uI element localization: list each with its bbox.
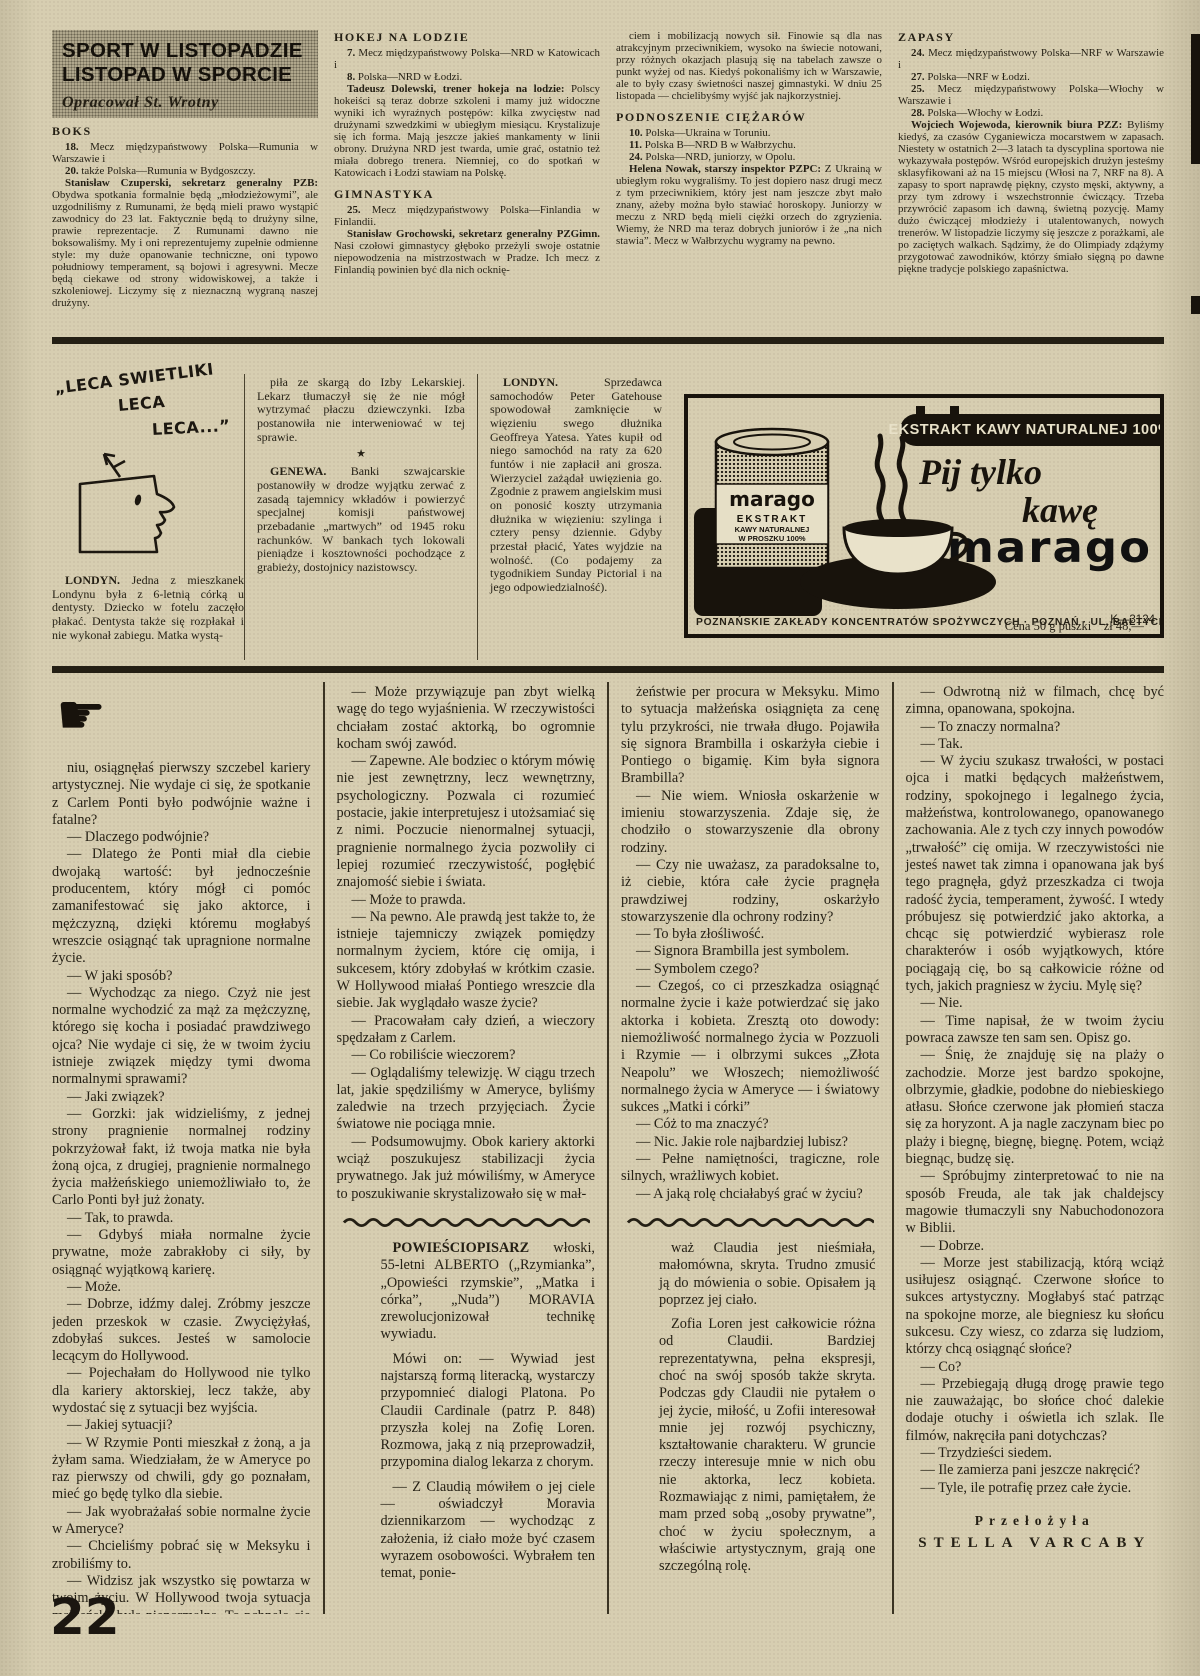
coffee-can-and-cup-illustration: marago EKSTRAKT KAWY NATURALNEJ W PROSZK… bbox=[692, 422, 1004, 624]
paragraph: — Nic. Jakie role najbardziej lubisz? bbox=[621, 1134, 880, 1151]
paragraph-list: GENEWA. Banki szwajcarskie postanowiły w… bbox=[257, 465, 465, 574]
paragraph: — Nie. bbox=[906, 995, 1165, 1012]
paragraph: — Cóż to ma znaczyć? bbox=[621, 1116, 880, 1133]
sport-header-box: SPORT W LISTOPADZIE LISTOPAD W SPORCIE O… bbox=[52, 30, 318, 118]
can-label-line1: EKSTRAKT bbox=[737, 514, 807, 525]
page-edge-mark bbox=[1191, 296, 1200, 314]
paragraph-lead: Helena Nowak, starszy inspektor PZPC: bbox=[629, 163, 821, 175]
paragraph-text: — Pełne namiętności, tragiczne, role sil… bbox=[621, 1151, 880, 1184]
paragraph: Helena Nowak, starszy inspektor PZPC: Z … bbox=[616, 163, 882, 247]
can-label-line2: KAWY NATURALNEJ bbox=[735, 525, 810, 534]
star-separator-icon: ★ bbox=[257, 449, 465, 460]
paragraph-text: — Co robiliście wieczorem? bbox=[352, 1047, 516, 1063]
paragraph-text: Polska—Włochy w Łodzi. bbox=[925, 107, 1044, 119]
paragraph-text: — Podsumowujmy. Obok kariery aktorki wci… bbox=[337, 1134, 596, 1202]
paragraph: LONDYN. Jedna z mieszkanek Londynu była … bbox=[52, 574, 244, 642]
paragraph-text: Sprzedawca samochodów Peter Gatehouse sp… bbox=[490, 375, 662, 594]
cartoon-caption-line: LECA...” bbox=[152, 417, 231, 439]
head-outline bbox=[80, 476, 174, 552]
paragraph: — Pojechałam do Hollywood nie tylko dla … bbox=[52, 1365, 311, 1417]
paragraph-text: — Gorzki: jak widzieliśmy, z jednej stro… bbox=[52, 1106, 311, 1208]
section-heading: ZAPASY bbox=[898, 31, 1164, 44]
paragraph: Wojciech Wojewoda, kierownik biura PZZ: … bbox=[898, 119, 1164, 275]
paragraph: Tadeusz Dolewski, trener hokeja na lodzi… bbox=[334, 83, 600, 179]
cartoon: „LECA SWIETLIKILECALECA...” bbox=[52, 368, 244, 566]
paragraph-text: — Na pewno. Ale prawdą jest także to, że… bbox=[337, 909, 596, 1011]
paragraph-text: Mówi on: — Wywiad jest najstarszą formą … bbox=[381, 1351, 596, 1471]
paragraph-lead: 27. bbox=[911, 71, 925, 83]
wavy-divider bbox=[626, 1218, 874, 1227]
paragraph-lead: 7. bbox=[347, 47, 355, 59]
paragraph: — Śnię, że znajduję się na plaży o zacho… bbox=[906, 1047, 1165, 1168]
paragraph: — Morze jest stabilizacją, którą wciąż u… bbox=[906, 1255, 1165, 1359]
square-head-cartoon-drawing bbox=[62, 440, 220, 562]
paragraph: — Dlaczego podwójnie? bbox=[52, 829, 311, 846]
paragraph: — Nie wiem. Wniosła oskarżenie w imieniu… bbox=[621, 788, 880, 857]
paragraph-list: 24. Mecz międzypaństwowy Polska—NRF w Wa… bbox=[898, 47, 1164, 275]
paragraph: — W Rzymie Ponti mieszkał z żoną, a ja ż… bbox=[52, 1435, 311, 1504]
paragraph: — Czy nie uważasz, za paradoksalne to, i… bbox=[621, 857, 880, 926]
sport-title-line1: SPORT W LISTOPADZIE bbox=[62, 39, 310, 63]
paragraph-text: Polscy hokeiści są teraz dobrze szkoleni… bbox=[334, 83, 600, 179]
paragraph-text: — Jaki związek? bbox=[67, 1089, 165, 1105]
paragraph-text: Mecz międzypaństwowy Polska—NRD w Katowi… bbox=[334, 47, 600, 71]
paragraph: — Może. bbox=[52, 1279, 311, 1296]
can-lid bbox=[716, 429, 828, 455]
section-heading: HOKEJ NA LODZIE bbox=[334, 31, 600, 44]
paragraph: — Podsumowujmy. Obok kariery aktorki wci… bbox=[337, 1134, 596, 1203]
paragraph-text: ciem i mobilizacją nowych sił. Finowie s… bbox=[616, 30, 882, 102]
paragraph: żeństwie per procura w Meksyku. Mimo to … bbox=[621, 684, 880, 788]
interview-column-4: — Odwrotną niż w filmach, chcę być zimna… bbox=[892, 682, 1165, 1614]
paragraph-list: niu, osiągnęłaś pierwszy szczebel karier… bbox=[52, 760, 311, 1614]
interview-column-2: — Może przywiązuje pan zbyt wielką wagę … bbox=[323, 682, 608, 1614]
paragraph-text: Polska—NRD w Łodzi. bbox=[355, 71, 462, 83]
paragraph-text: — Może to prawda. bbox=[352, 892, 466, 908]
paragraph-text: — Pracowałam cały dzień, a wieczory spęd… bbox=[337, 1013, 596, 1046]
article-block: ciem i mobilizacją nowych sił. Finowie s… bbox=[616, 30, 882, 102]
paragraph: — Pełne namiętności, tragiczne, role sil… bbox=[621, 1151, 880, 1186]
pointing-hand-icon: ☛ bbox=[56, 688, 311, 744]
paragraph-text: — Z Claudią mówiłem o jej ciele — oświad… bbox=[381, 1479, 596, 1581]
paragraph: — Z Claudią mówiłem o jej ciele — oświad… bbox=[381, 1479, 596, 1583]
horizontal-rule bbox=[52, 337, 1164, 344]
sport-calendar-section: SPORT W LISTOPADZIE LISTOPAD W SPORCIE O… bbox=[52, 30, 1164, 334]
paragraph: — Oglądaliśmy telewizję. W ciągu trzech … bbox=[337, 1065, 596, 1134]
interview-section: ☛ niu, osiągnęłaś pierwszy szczebel kari… bbox=[52, 682, 1164, 1614]
paragraph-text: — Tyle, ile potrafię przez całe życie. bbox=[921, 1480, 1132, 1496]
paragraph: ciem i mobilizacją nowych sił. Finowie s… bbox=[616, 30, 882, 102]
paragraph: — To znaczy normalna? bbox=[906, 719, 1165, 736]
article-blocks: ciem i mobilizacją nowych sił. Finowie s… bbox=[616, 30, 882, 247]
paragraph-text: niu, osiągnęłaś pierwszy szczebel karier… bbox=[52, 760, 311, 828]
paragraph-text: — Przebiegają długą drogę prawie tego ni… bbox=[906, 1376, 1165, 1444]
paragraph-text: — Trzydzieści siedem. bbox=[921, 1445, 1052, 1461]
paragraph-text: piła ze skargą do Izby Lekarskiej. Lekar… bbox=[257, 375, 465, 444]
paragraph-lead: 25. bbox=[347, 204, 361, 216]
paragraph-text: — Gdybyś miała normalne życie prywatne, … bbox=[52, 1227, 311, 1278]
steam-line bbox=[877, 436, 883, 520]
paragraph-text: — Odwrotną niż w filmach, chcę być zimna… bbox=[906, 684, 1165, 717]
paragraph: — Spróbujmy zinterpretować to nie na spo… bbox=[906, 1168, 1165, 1237]
paragraph-text: — Tak. bbox=[921, 736, 963, 752]
paragraph: GENEWA. Banki szwajcarskie postanowiły w… bbox=[257, 465, 465, 574]
paragraph-text: Mecz międzypaństwowy Polska—Finlandia w … bbox=[334, 204, 600, 228]
paragraph: 24. Polska—NRD, juniorzy, w Opolu. bbox=[616, 151, 882, 163]
paragraph-text: — Czegoś, co ci przeszkadza osiągnąć nor… bbox=[621, 978, 880, 1115]
paragraph: 20. także Polska—Rumunia w Bydgoszczy. bbox=[52, 165, 318, 177]
paragraph: — Dobrze, idźmy dalej. Zróbmy jeszcze je… bbox=[52, 1296, 311, 1365]
paragraph: — Dobrze. bbox=[906, 1238, 1165, 1255]
paragraph: 25. Mecz międzypaństwowy Polska—Włochy w… bbox=[898, 83, 1164, 107]
paragraph-lead: 11. bbox=[629, 139, 642, 151]
paragraph: 10. Polska—Ukraina w Toruniu. bbox=[616, 127, 882, 139]
paragraph: — Zapewne. Ale bodziec o którym mówię ni… bbox=[337, 753, 596, 891]
paragraph-text: — Jakiej sytuacji? bbox=[67, 1417, 173, 1433]
paragraph: — Trzydzieści siedem. bbox=[906, 1445, 1165, 1462]
paragraph: POWIEŚCIOPISARZ włoski, 55-letni ALBERTO… bbox=[381, 1240, 596, 1344]
marago-coffee-ad: EKSTRAKT KAWY NATURALNEJ 100% Pij tylko … bbox=[684, 394, 1164, 638]
paragraph-text: — Może przywiązuje pan zbyt wielką wagę … bbox=[337, 684, 596, 752]
paragraph-text: — Co? bbox=[921, 1359, 962, 1375]
paragraph: 8. Polska—NRD w Łodzi. bbox=[334, 71, 600, 83]
paragraph-list: żeństwie per procura w Meksyku. Mimo to … bbox=[621, 684, 880, 1203]
paragraph-text: Obydwa spotkania formalnie będą „młodzie… bbox=[52, 189, 318, 309]
paragraph-text: — A jaką rolę chciałabyś grać w życiu? bbox=[636, 1186, 863, 1202]
paragraph-text: — Ile zamierza pani jeszcze nakręcić? bbox=[921, 1462, 1140, 1478]
paragraph: 24. Mecz międzypaństwowy Polska—NRF w Wa… bbox=[898, 47, 1164, 71]
paragraph-text: — Dobrze, idźmy dalej. Zróbmy jeszcze je… bbox=[52, 1296, 311, 1364]
paragraph-list: ciem i mobilizacją nowych sił. Finowie s… bbox=[616, 30, 882, 102]
paragraph-lead: 18. bbox=[65, 141, 79, 153]
paragraph: waż Claudia jest nieśmiała, małomówna, s… bbox=[659, 1240, 876, 1309]
paragraph-text: — Time napisał, że w twoim życiu powraca… bbox=[906, 1013, 1165, 1046]
paragraph: — Pracowałam cały dzień, a wieczory spęd… bbox=[337, 1013, 596, 1048]
article-block: ZAPASY 24. Mecz międzypaństwowy Polska—N… bbox=[898, 31, 1164, 275]
paragraph-text: Polska—NRF w Łodzi. bbox=[925, 71, 1030, 83]
can-label-line3: W PROSZKU 100% bbox=[738, 534, 805, 543]
paragraph-text: Mecz międzypaństwowy Polska—Rumunia w Wa… bbox=[52, 141, 318, 165]
paragraph: — Dlatego że Ponti miał dla ciebie dwoja… bbox=[52, 846, 311, 967]
paragraph: — W życiu szukasz trwałości, w postaci o… bbox=[906, 753, 1165, 995]
paragraph: 27. Polska—NRF w Łodzi. bbox=[898, 71, 1164, 83]
steam-line bbox=[899, 438, 905, 520]
sport-title-line2: LISTOPAD W SPORCIE bbox=[62, 63, 310, 87]
article-block: HOKEJ NA LODZIE 7. Mecz międzypaństwowy … bbox=[334, 31, 600, 179]
top-column-2: HOKEJ NA LODZIE 7. Mecz międzypaństwowy … bbox=[334, 30, 600, 334]
paragraph-list: — Odwrotną niż w filmach, chcę być zimna… bbox=[906, 684, 1165, 1497]
page-edge-mark bbox=[1191, 34, 1200, 164]
paragraph: Stanisław Grochowski, sekretarz generaln… bbox=[334, 228, 600, 276]
paragraph: — Jakiej sytuacji? bbox=[52, 1417, 311, 1434]
paragraph-text: Nasi czołowi gimnastycy głęboko przeżyli… bbox=[334, 240, 600, 276]
paragraph-text: — Jak wyobrażałaś sobie normalne życie w… bbox=[52, 1504, 311, 1537]
paragraph: — Gdybyś miała normalne życie prywatne, … bbox=[52, 1227, 311, 1279]
translator-name: STELLA VARCABY bbox=[906, 1534, 1165, 1552]
article-block: PODNOSZENIE CIĘŻARÓW 10. Polska—Ukraina … bbox=[616, 111, 882, 247]
paragraph-lead: 20. bbox=[65, 165, 79, 177]
paragraph-text: — Wychodząc za niego. Czyż nie jest norm… bbox=[52, 985, 311, 1087]
paragraph: — Czegoś, co ci przeszkadza osiągnąć nor… bbox=[621, 978, 880, 1116]
paragraph-lead: 24. bbox=[629, 151, 643, 163]
paragraph: — Co robiliście wieczorem? bbox=[337, 1047, 596, 1064]
moravia-sidebar: POWIEŚCIOPISARZ włoski, 55-letni ALBERTO… bbox=[381, 1240, 596, 1583]
paragraph-text: — Signora Brambilla jest symbolem. bbox=[636, 943, 849, 959]
paragraph-list: 10. Polska—Ukraina w Toruniu.11. Polska … bbox=[616, 127, 882, 247]
paragraph-lead: 25. bbox=[911, 83, 925, 95]
paragraph-text: — Chcieliśmy pobrać się w Meksyku i zrob… bbox=[52, 1538, 311, 1571]
top-column-1: SPORT W LISTOPADZIE LISTOPAD W SPORCIE O… bbox=[52, 30, 318, 334]
coffee-can: marago EKSTRAKT KAWY NATURALNEJ W PROSZK… bbox=[716, 429, 828, 568]
paragraph-text: Mecz międzypaństwowy Polska—Włochy w War… bbox=[898, 83, 1164, 107]
paragraph: LONDYN. Sprzedawca samochodów Peter Gate… bbox=[490, 376, 662, 595]
paragraph-text: także Polska—Rumunia w Bydgoszczy. bbox=[79, 165, 256, 177]
paragraph-text: — Tak, to prawda. bbox=[67, 1210, 173, 1226]
paragraph: — Jaki związek? bbox=[52, 1089, 311, 1106]
paragraph: Stanisław Czuperski, sekretarz generalny… bbox=[52, 177, 318, 309]
article-block: GIMNASTYKA 25. Mecz międzypaństwowy Pols… bbox=[334, 188, 600, 276]
paragraph: niu, osiągnęłaś pierwszy szczebel karier… bbox=[52, 760, 311, 829]
paragraph: — Przebiegają długą drogę prawie tego ni… bbox=[906, 1376, 1165, 1445]
paragraph-text: — W życiu szukasz trwałości, w postaci o… bbox=[906, 753, 1165, 994]
paragraph: — Signora Brambilla jest symbolem. bbox=[621, 943, 880, 960]
paragraph-text: Z Ukrainą w ubiegłym roku wygraliśmy. To… bbox=[616, 163, 882, 247]
top-column-3: ciem i mobilizacją nowych sił. Finowie s… bbox=[616, 30, 882, 334]
paragraph: — Może przywiązuje pan zbyt wielką wagę … bbox=[337, 684, 596, 753]
page-number: 22 bbox=[50, 1592, 120, 1642]
paragraph: — Wychodząc za niego. Czyż nie jest norm… bbox=[52, 985, 311, 1089]
paragraph-text: Banki szwajcarskie postanowiły w drodze … bbox=[257, 464, 465, 574]
news-shorts-column-1: piła ze skargą do Izby Lekarskiej. Lekar… bbox=[245, 348, 477, 660]
paragraph-list: — Może przywiązuje pan zbyt wielką wagę … bbox=[337, 684, 596, 1203]
paragraph-lead: LONDYN. bbox=[503, 375, 558, 389]
paragraph-lead: POWIEŚCIOPISARZ bbox=[393, 1240, 530, 1256]
sport-byline: Opracował St. Wrotny bbox=[62, 94, 310, 112]
paragraph-text: — Może. bbox=[67, 1279, 121, 1295]
paragraph-text: Byliśmy kiedyś, za czasów Cyganiewicza m… bbox=[898, 119, 1164, 275]
paragraph-text: — Zapewne. Ale bodziec o którym mówię ni… bbox=[337, 753, 596, 890]
paragraph-list: LONDYN. Sprzedawca samochodów Peter Gate… bbox=[490, 376, 662, 595]
paragraph: — Time napisał, że w twoim życiu powraca… bbox=[906, 1013, 1165, 1048]
moravia-sidebar-continued: waż Claudia jest nieśmiała, małomówna, s… bbox=[659, 1240, 876, 1576]
middle-section: „LECA SWIETLIKILECALECA...” LONDYN. Jedn… bbox=[52, 348, 1164, 660]
paragraph-list: waż Claudia jest nieśmiała, małomówna, s… bbox=[659, 1240, 876, 1576]
translator-label: Przełożyła bbox=[906, 1513, 1165, 1529]
paragraph: 25. Mecz międzypaństwowy Polska—Finlandi… bbox=[334, 204, 600, 228]
paragraph: — Ile zamierza pani jeszcze nakręcić? bbox=[906, 1462, 1165, 1479]
paragraph-lead: LONDYN. bbox=[65, 573, 120, 587]
news-shorts-column-2: LONDYN. Sprzedawca samochodów Peter Gate… bbox=[478, 348, 674, 660]
section-heading: BOKS bbox=[52, 125, 318, 138]
paragraph-lead: 10. bbox=[629, 127, 643, 139]
paragraph-text: waż Claudia jest nieśmiała, małomówna, s… bbox=[659, 1240, 876, 1308]
section-heading: GIMNASTYKA bbox=[334, 188, 600, 201]
article-blocks: BOKS 18. Mecz międzypaństwowy Polska—Rum… bbox=[52, 125, 318, 309]
paragraph-lead: GENEWA. bbox=[270, 464, 326, 478]
paragraph-lead: Stanisław Grochowski, sekretarz generaln… bbox=[347, 228, 600, 240]
paragraph-text: — Dlatego że Ponti miał dla ciebie dwoja… bbox=[52, 846, 311, 966]
paragraph-lead: 8. bbox=[347, 71, 355, 83]
cartoon-caption-line: LECA bbox=[117, 393, 166, 415]
coffee-cup bbox=[800, 436, 996, 609]
article-blocks: HOKEJ NA LODZIE 7. Mecz międzypaństwowy … bbox=[334, 31, 600, 276]
coffee-surface bbox=[844, 519, 952, 537]
paragraph: Mówi on: — Wywiad jest najstarszą formą … bbox=[381, 1351, 596, 1472]
paragraph-text: Zofia Loren jest całkowicie różna od Cla… bbox=[659, 1316, 876, 1574]
paragraph-text: — Śnię, że znajduję się na plaży o zacho… bbox=[906, 1047, 1165, 1167]
paragraph-text: Mecz międzypaństwowy Polska—NRF w Warsza… bbox=[898, 47, 1164, 71]
paragraph-list: piła ze skargą do Izby Lekarskiej. Lekar… bbox=[257, 376, 465, 444]
cartoon-caption-line: „LECA SWIETLIKI bbox=[53, 360, 214, 398]
paragraph: — Gorzki: jak widzieliśmy, z jednej stro… bbox=[52, 1106, 311, 1210]
top-column-4: ZAPASY 24. Mecz międzypaństwowy Polska—N… bbox=[898, 30, 1164, 334]
paragraph-text: — Oglądaliśmy telewizję. W ciągu trzech … bbox=[337, 1065, 596, 1133]
paragraph-text: Polska B—NRD B w Wałbrzychu. bbox=[642, 139, 796, 151]
paragraph-list: 25. Mecz międzypaństwowy Polska—Finlandi… bbox=[334, 204, 600, 276]
wavy-divider bbox=[342, 1218, 590, 1227]
paragraph: piła ze skargą do Izby Lekarskiej. Lekar… bbox=[257, 376, 465, 444]
interview-column-3: żeństwie per procura w Meksyku. Mimo to … bbox=[607, 682, 892, 1614]
paragraph-text: — Symbolem czego? bbox=[636, 961, 759, 977]
paragraph-lead: Tadeusz Dolewski, trener hokeja na lodzi… bbox=[347, 83, 565, 95]
paragraph: — Odwrotną niż w filmach, chcę być zimna… bbox=[906, 684, 1165, 719]
paragraph: — A jaką rolę chciałabyś grać w życiu? bbox=[621, 1186, 880, 1203]
article-block: BOKS 18. Mecz międzypaństwowy Polska—Rum… bbox=[52, 125, 318, 309]
paragraph: 28. Polska—Włochy w Łodzi. bbox=[898, 107, 1164, 119]
paragraph: Zofia Loren jest całkowicie różna od Cla… bbox=[659, 1316, 876, 1575]
paragraph-list: POWIEŚCIOPISARZ włoski, 55-letni ALBERTO… bbox=[381, 1240, 596, 1583]
paragraph-text: — Dlaczego podwójnie? bbox=[67, 829, 209, 845]
paragraph-list: 7. Mecz międzypaństwowy Polska—NRD w Kat… bbox=[334, 47, 600, 179]
paragraph-text: — Morze jest stabilizacją, którą wciąż u… bbox=[906, 1255, 1165, 1357]
paragraph-lead: Wojciech Wojewoda, kierownik biura PZZ: bbox=[911, 119, 1122, 131]
paragraph-list: LONDYN. Jedna z mieszkanek Londynu była … bbox=[52, 574, 244, 642]
paragraph: — To była złośliwość. bbox=[621, 926, 880, 943]
paragraph: — W jaki sposób? bbox=[52, 968, 311, 985]
paragraph-text: — W Rzymie Ponti mieszkał z żoną, a ja ż… bbox=[52, 1435, 311, 1503]
paragraph: — Symbolem czego? bbox=[621, 961, 880, 978]
paragraph-lead: Stanisław Czuperski, sekretarz generalny… bbox=[65, 177, 318, 189]
paragraph-text: — Pojechałam do Hollywood nie tylko dla … bbox=[52, 1365, 311, 1416]
paragraph: 7. Mecz międzypaństwowy Polska—NRD w Kat… bbox=[334, 47, 600, 71]
paragraph: 11. Polska B—NRD B w Wałbrzychu. bbox=[616, 139, 882, 151]
ad-code: K—3124 bbox=[1110, 614, 1155, 627]
section-heading: PODNOSZENIE CIĘŻARÓW bbox=[616, 111, 882, 124]
paragraph: — Jak wyobrażałaś sobie normalne życie w… bbox=[52, 1504, 311, 1539]
paragraph-text: — To znaczy normalna? bbox=[921, 719, 1061, 735]
paragraph-text: — Nie wiem. Wniosła oskarżenie w imieniu… bbox=[621, 788, 880, 856]
paragraph-text: żeństwie per procura w Meksyku. Mimo to … bbox=[621, 684, 880, 786]
ad-prices: Cena 50 g puszki zł 48,— Cena 7,5 g tore… bbox=[1005, 579, 1144, 638]
paragraph: 18. Mecz międzypaństwowy Polska—Rumunia … bbox=[52, 141, 318, 165]
newspaper-page: SPORT W LISTOPADZIE LISTOPAD W SPORCIE O… bbox=[0, 0, 1200, 1676]
paragraph-text: — Nic. Jakie role najbardziej lubisz? bbox=[636, 1134, 848, 1150]
paragraph-lead: 28. bbox=[911, 107, 925, 119]
arrow-fin bbox=[114, 461, 125, 467]
horizontal-rule bbox=[52, 666, 1164, 673]
interview-column-1: ☛ niu, osiągnęłaś pierwszy szczebel kari… bbox=[52, 682, 323, 1614]
can-brand: marago bbox=[729, 487, 815, 511]
paragraph-text: — Cóż to ma znaczyć? bbox=[636, 1116, 769, 1132]
paragraph: — Na pewno. Ale prawdą jest także to, że… bbox=[337, 909, 596, 1013]
eye bbox=[134, 494, 142, 506]
paragraph: — Co? bbox=[906, 1359, 1165, 1376]
coffee-ad-column: EKSTRAKT KAWY NATURALNEJ 100% Pij tylko … bbox=[674, 348, 1164, 660]
paragraph-text: — Spróbujmy zinterpretować to nie na spo… bbox=[906, 1168, 1165, 1236]
paragraph-text: — Dobrze. bbox=[921, 1238, 985, 1254]
paragraph-text: — To była złośliwość. bbox=[636, 926, 764, 942]
cartoon-column: „LECA SWIETLIKILECALECA...” LONDYN. Jedn… bbox=[52, 348, 244, 660]
paragraph: — Tak. bbox=[906, 736, 1165, 753]
paragraph-text: Polska—NRD, juniorzy, w Opolu. bbox=[643, 151, 796, 163]
paragraph-text: — W jaki sposób? bbox=[67, 968, 173, 984]
paragraph: — Może to prawda. bbox=[337, 892, 596, 909]
paragraph-text: — Nie. bbox=[921, 995, 963, 1011]
paragraph-list: 18. Mecz międzypaństwowy Polska—Rumunia … bbox=[52, 141, 318, 309]
paragraph-text: — Czy nie uważasz, za paradoksalne to, i… bbox=[621, 857, 880, 925]
paragraph: — Tak, to prawda. bbox=[52, 1210, 311, 1227]
paragraph-lead: 24. bbox=[911, 47, 925, 59]
paragraph-text: Polska—Ukraina w Toruniu. bbox=[643, 127, 771, 139]
paragraph: — Chcieliśmy pobrać się w Meksyku i zrob… bbox=[52, 1538, 311, 1573]
article-blocks: ZAPASY 24. Mecz międzypaństwowy Polska—N… bbox=[898, 31, 1164, 275]
paragraph: — Tyle, ile potrafię przez całe życie. bbox=[906, 1480, 1165, 1497]
